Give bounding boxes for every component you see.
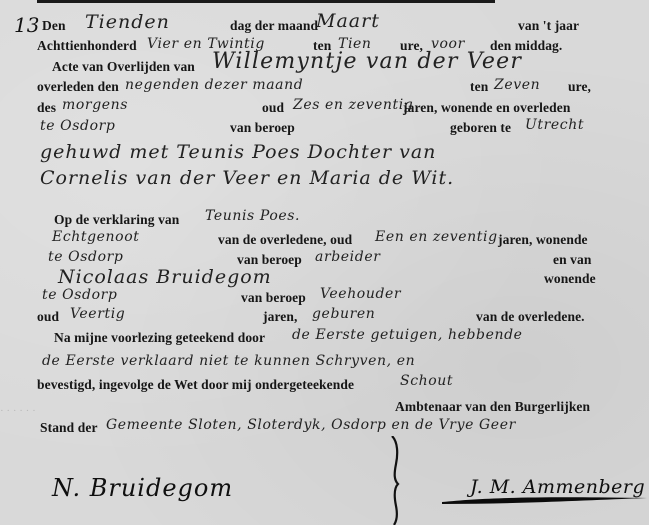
hw-relation: Echtgenoot	[52, 229, 139, 245]
hw-municipality: Gemeente Sloten, Sloterdyk, Osdorp en de…	[106, 417, 516, 433]
hw-official-title: Schout	[400, 373, 453, 389]
print-ambtenaar: Ambtenaar van den Burgerlijken	[395, 399, 590, 415]
hw-death-hour: Zeven	[494, 77, 540, 93]
print-jaren-wonende: jaren, wonende en overleden	[403, 100, 570, 116]
print-van-t-jaar: van 't jaar	[518, 18, 579, 34]
print-na-mijne-voorlezing: Na mijne voorlezing geteekend door	[54, 330, 265, 346]
print-van-beroep-3: van beroep	[241, 290, 306, 306]
print-en-van: en van	[553, 252, 591, 268]
print-des: des	[37, 100, 56, 116]
top-border-rule	[37, 0, 495, 3]
print-van-beroep: van beroep	[230, 120, 295, 136]
hw-declarant-2-age: Veertig	[70, 306, 125, 322]
hw-declarant-2: Nicolaas Bruidegom	[58, 266, 272, 288]
witness-signature: N. Bruidegom	[52, 474, 233, 502]
hw-death-date: negenden dezer maand	[125, 77, 303, 93]
print-ure-2: ure,	[568, 79, 591, 95]
print-van-de-overledene-2: van de overledene.	[476, 309, 585, 325]
hw-month: Maart	[316, 10, 380, 32]
print-acte-van-overlijden: Acte van Overlijden van	[52, 59, 195, 75]
hw-birthplace: Utrecht	[525, 117, 584, 133]
print-van-de-overledene: van de overledene, oud	[218, 232, 352, 248]
print-jaren: jaren,	[263, 309, 297, 325]
print-bevestigd: bevestigd, ingevolge de Wet door mij ond…	[37, 377, 354, 393]
hw-declarant-1-residence: te Osdorp	[48, 249, 123, 265]
print-ten-2: ten	[470, 79, 488, 95]
brace-divider	[388, 436, 402, 525]
hw-declarant-2-residence: te Osdorp	[42, 287, 117, 303]
print-oud-2: oud	[37, 309, 59, 325]
print-oud: oud	[262, 100, 284, 116]
hw-deceased-name: Willemyntje van der Veer	[212, 49, 522, 74]
print-wonende: wonende	[544, 271, 596, 287]
hw-signed-by: de Eerste getuigen, hebbende	[292, 327, 523, 343]
hw-declarant-1-occupation: arbeider	[315, 249, 381, 265]
record-number: 13	[14, 13, 39, 37]
hw-declarant-1: Teunis Poes.	[205, 208, 300, 224]
hw-declarant-2-relation: geburen	[312, 306, 375, 322]
print-jaren-wonende-2: jaren, wonende	[498, 232, 588, 248]
hw-day: Tienden	[85, 11, 170, 33]
hw-residence: te Osdorp	[40, 118, 115, 134]
print-den: Den	[42, 18, 66, 34]
hw-morgens: morgens	[62, 97, 128, 113]
hw-parents: Cornelis van der Veer en Maria de Wit.	[40, 167, 454, 189]
print-op-de-verklaring: Op de verklaring van	[54, 212, 179, 228]
print-overleden-den: overleden den	[37, 79, 119, 95]
bleed-through-text: · · · · · ·	[0, 405, 36, 417]
certificate-page: 13 Den Tienden dag der maand Maart van '…	[0, 0, 649, 525]
print-geboren-te: geboren te	[450, 120, 511, 136]
hw-age: Zes en zeventig	[293, 97, 413, 113]
hw-cannot-write: de Eerste verklaard niet te kunnen Schry…	[42, 353, 415, 369]
print-achttienhonderd: Achttienhonderd	[37, 38, 137, 54]
hw-declarant-1-age: Een en zeventig	[375, 229, 498, 245]
hw-declarant-2-occupation: Veehouder	[320, 286, 401, 302]
signature-flourish	[442, 494, 647, 506]
print-dag-der-maand: dag der maand	[230, 18, 318, 34]
hw-married-to: gehuwd met Teunis Poes Dochter van	[40, 141, 436, 163]
print-stand-der: Stand der	[40, 420, 98, 436]
